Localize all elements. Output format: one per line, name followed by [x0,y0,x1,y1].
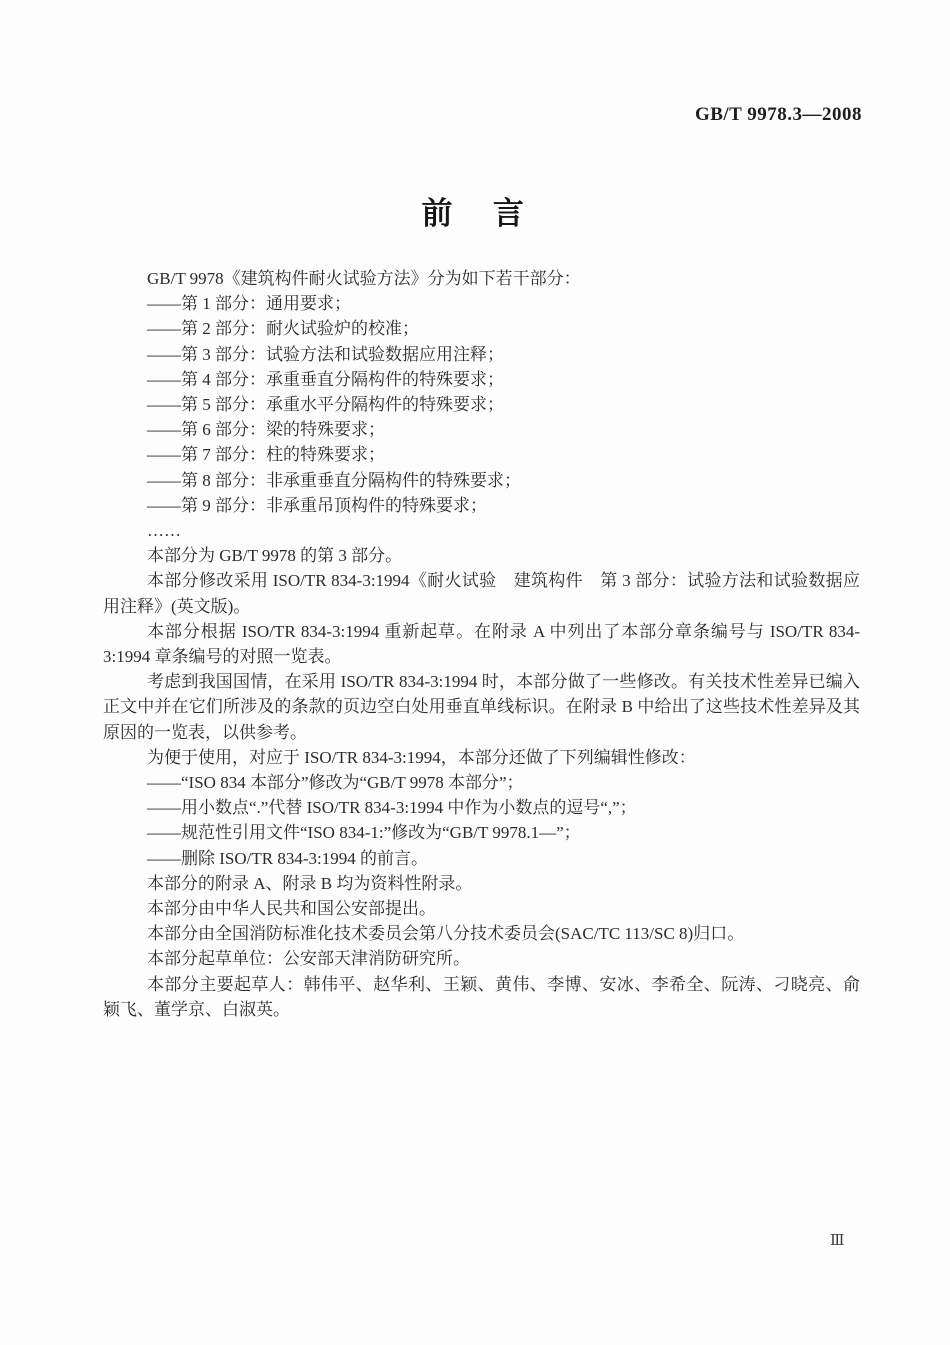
paragraph: …… [103,518,860,543]
list-item: ——规范性引用文件“ISO 834-1:”修改为“GB/T 9978.1—”； [103,820,860,845]
list-item: ——用小数点“.”代替 ISO/TR 834-3:1994 中作为小数点的逗号“… [103,795,860,820]
list-item: ——第 5 部分：承重水平分隔构件的特殊要求； [103,392,860,417]
paragraph: 考虑到我国国情，在采用 ISO/TR 834-3:1994 时，本部分做了一些修… [103,669,860,745]
list-item: ——第 4 部分：承重垂直分隔构件的特殊要求； [103,367,860,392]
doc-number: GB/T 9978.3—2008 [695,104,862,126]
page-title: 前 言 [0,188,950,233]
list-item: ——第 1 部分：通用要求； [103,291,860,316]
list-item: ——删除 ISO/TR 834-3:1994 的前言。 [103,846,860,871]
document-page: GB/T 9978.3—2008 前 言 GB/T 9978《建筑构件耐火试验方… [0,0,950,1345]
list-item: ——第 2 部分：耐火试验炉的校准； [103,316,860,341]
page-number: Ⅲ [830,1231,844,1249]
list-item: ——第 8 部分：非承重垂直分隔构件的特殊要求； [103,468,860,493]
list-item: ——第 7 部分：柱的特殊要求； [103,442,860,467]
list-item: ——第 9 部分：非承重吊顶构件的特殊要求； [103,493,860,518]
paragraph: 本部分起草单位：公安部天津消防研究所。 [103,946,860,971]
list-item: ——第 3 部分：试验方法和试验数据应用注释； [103,342,860,367]
paragraph: 为便于使用，对应于 ISO/TR 834-3:1994，本部分还做了下列编辑性修… [103,745,860,770]
paragraph: 本部分修改采用 ISO/TR 834-3:1994《耐火试验 建筑构件 第 3 … [103,568,860,618]
paragraph: 本部分由全国消防标准化技术委员会第八分技术委员会(SAC/TC 113/SC 8… [103,921,860,946]
paragraph: 本部分的附录 A、附录 B 均为资料性附录。 [103,871,860,896]
paragraph: 本部分由中华人民共和国公安部提出。 [103,896,860,921]
paragraph: 本部分为 GB/T 9978 的第 3 部分。 [103,543,860,568]
paragraph: 本部分主要起草人：韩伟平、赵华利、王颖、黄伟、李博、安冰、李希全、阮涛、刁晓亮、… [103,972,860,1022]
paragraph: GB/T 9978《建筑构件耐火试验方法》分为如下若干部分： [103,266,860,291]
list-item: ——第 6 部分：梁的特殊要求； [103,417,860,442]
foreword-body: GB/T 9978《建筑构件耐火试验方法》分为如下若干部分：——第 1 部分：通… [103,266,860,1022]
paragraph: 本部分根据 ISO/TR 834-3:1994 重新起草。在附录 A 中列出了本… [103,619,860,669]
list-item: ——“ISO 834 本部分”修改为“GB/T 9978 本部分”； [103,770,860,795]
